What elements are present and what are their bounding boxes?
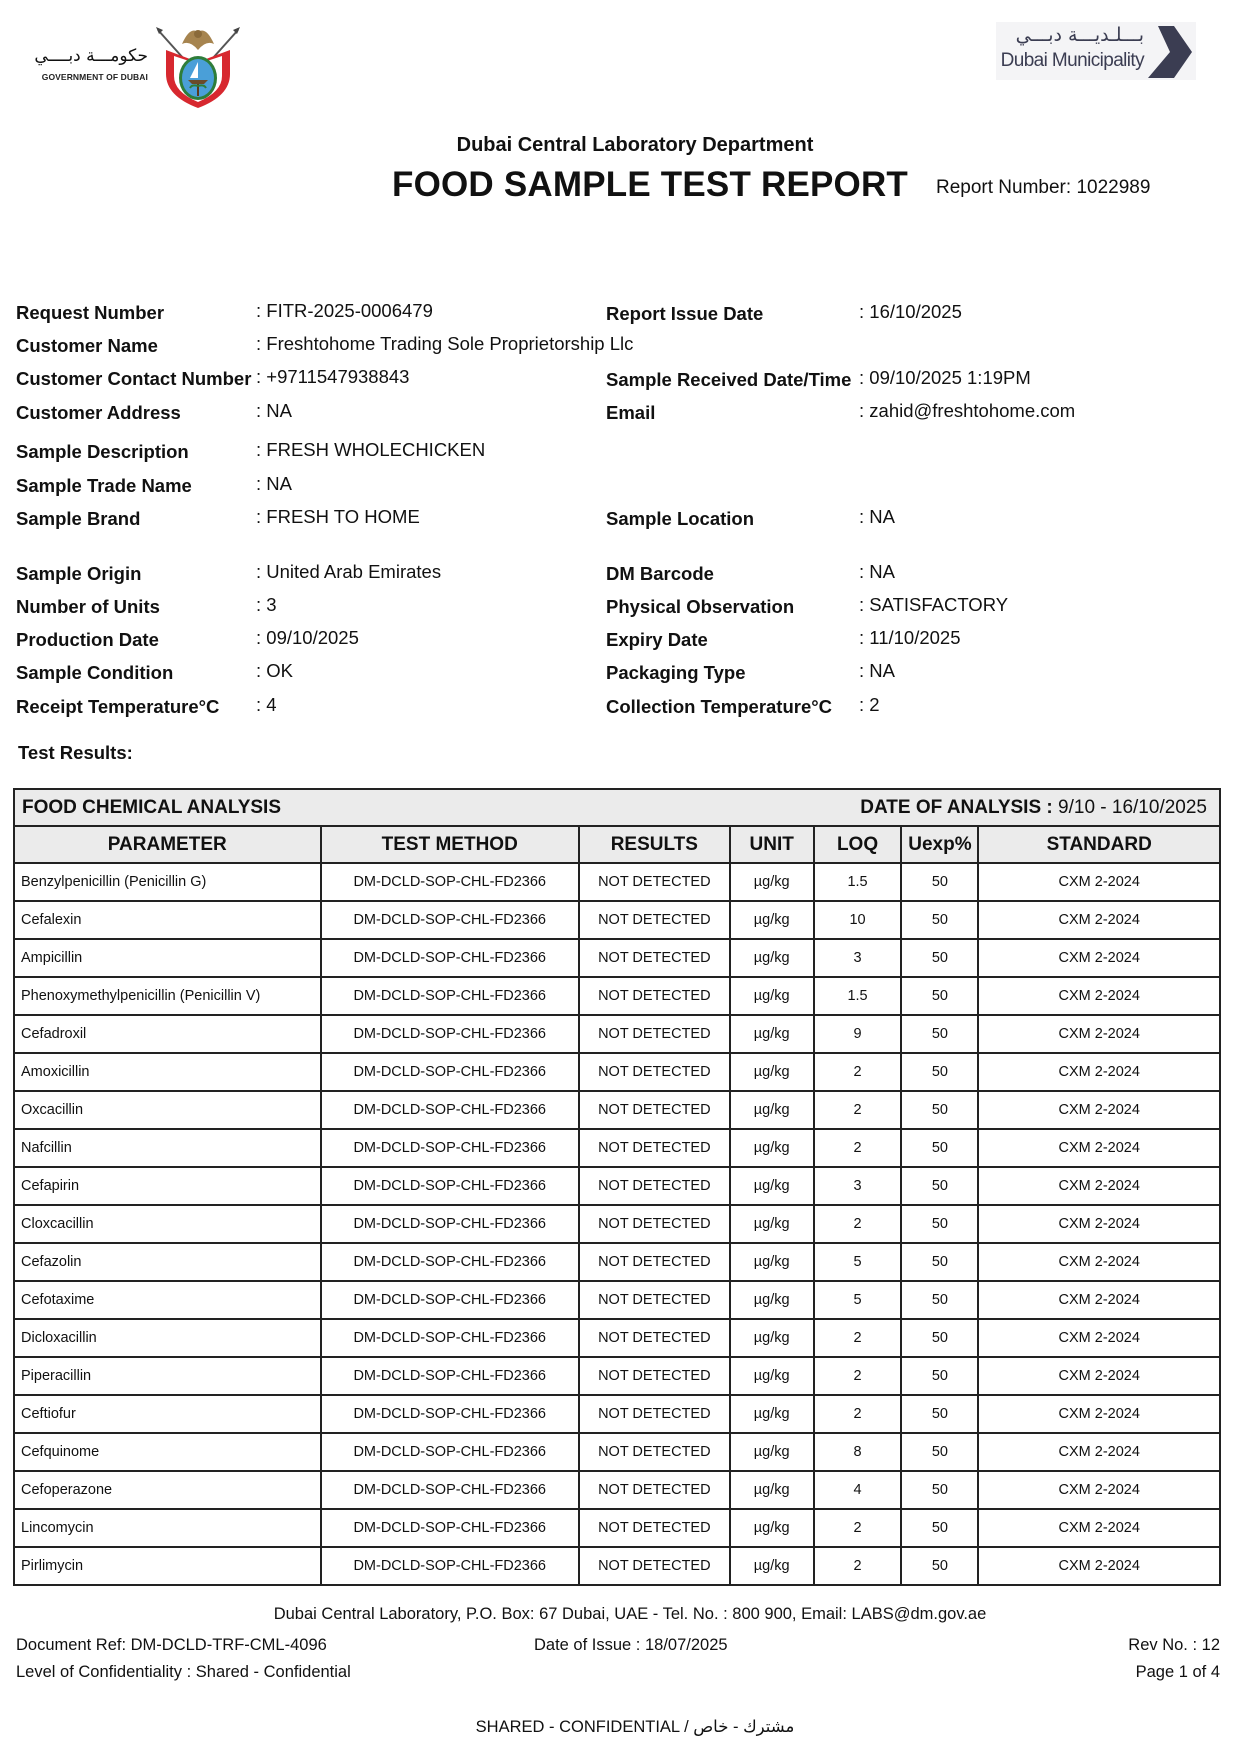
method-cell: DM-DCLD-SOP-CHL-FD2366 — [321, 1395, 579, 1433]
uexp-cell: 50 — [901, 1319, 978, 1357]
parameter-cell: Pirlimycin — [14, 1547, 321, 1585]
loq-cell: 5 — [814, 1243, 902, 1281]
unit-cell: µg/kg — [730, 1357, 814, 1395]
standard-cell: CXM 2-2024 — [978, 939, 1220, 977]
column-header: PARAMETER — [14, 826, 321, 863]
method-cell: DM-DCLD-SOP-CHL-FD2366 — [321, 1167, 579, 1205]
standard-cell: CXM 2-2024 — [978, 1433, 1220, 1471]
result-cell: NOT DETECTED — [579, 1205, 730, 1243]
field-label: Sample Brand — [16, 508, 140, 530]
uexp-cell: 50 — [901, 1167, 978, 1205]
table-row: CefquinomeDM-DCLD-SOP-CHL-FD2366NOT DETE… — [14, 1433, 1220, 1471]
field-label: Email — [606, 402, 655, 424]
field-value: : 16/10/2025 — [859, 301, 962, 323]
uexp-cell: 50 — [901, 1205, 978, 1243]
field-value: : United Arab Emirates — [256, 561, 441, 583]
method-cell: DM-DCLD-SOP-CHL-FD2366 — [321, 1433, 579, 1471]
field-value: : NA — [256, 473, 292, 495]
column-header: TEST METHOD — [321, 826, 579, 863]
method-cell: DM-DCLD-SOP-CHL-FD2366 — [321, 1243, 579, 1281]
field-label: Receipt Temperature°C — [16, 696, 219, 718]
standard-cell: CXM 2-2024 — [978, 1357, 1220, 1395]
unit-cell: µg/kg — [730, 1053, 814, 1091]
unit-cell: µg/kg — [730, 1433, 814, 1471]
unit-cell: µg/kg — [730, 977, 814, 1015]
standard-cell: CXM 2-2024 — [978, 977, 1220, 1015]
field-value: : NA — [859, 506, 895, 528]
parameter-cell: Cefotaxime — [14, 1281, 321, 1319]
field-label: Production Date — [16, 629, 159, 651]
field-label: Sample Origin — [16, 563, 141, 585]
result-cell: NOT DETECTED — [579, 901, 730, 939]
field-label: Expiry Date — [606, 629, 708, 651]
loq-cell: 2 — [814, 1319, 902, 1357]
parameter-cell: Amoxicillin — [14, 1053, 321, 1091]
result-cell: NOT DETECTED — [579, 1243, 730, 1281]
column-header-row: PARAMETERTEST METHODRESULTSUNITLOQUexp%S… — [14, 826, 1220, 863]
standard-cell: CXM 2-2024 — [978, 1281, 1220, 1319]
parameter-cell: Cefapirin — [14, 1167, 321, 1205]
method-cell: DM-DCLD-SOP-CHL-FD2366 — [321, 1091, 579, 1129]
unit-cell: µg/kg — [730, 1509, 814, 1547]
department-name: Dubai Central Laboratory Department — [0, 134, 1240, 157]
date-of-issue: Date of Issue : 18/07/2025 — [534, 1636, 728, 1655]
field-label: Sample Location — [606, 508, 754, 530]
parameter-cell: Cefadroxil — [14, 1015, 321, 1053]
result-cell: NOT DETECTED — [579, 863, 730, 901]
gov-logo-arabic: حكومـــة دبــــي — [30, 46, 148, 66]
field-value: : 4 — [256, 694, 277, 716]
loq-cell: 2 — [814, 1091, 902, 1129]
standard-cell: CXM 2-2024 — [978, 1547, 1220, 1585]
result-cell: NOT DETECTED — [579, 1015, 730, 1053]
result-cell: NOT DETECTED — [579, 1395, 730, 1433]
table-row: CefalexinDM-DCLD-SOP-CHL-FD2366NOT DETEC… — [14, 901, 1220, 939]
uexp-cell: 50 — [901, 1433, 978, 1471]
loq-cell: 2 — [814, 1053, 902, 1091]
uexp-cell: 50 — [901, 1015, 978, 1053]
result-cell: NOT DETECTED — [579, 1509, 730, 1547]
loq-cell: 2 — [814, 1129, 902, 1167]
uexp-cell: 50 — [901, 1395, 978, 1433]
loq-cell: 3 — [814, 1167, 902, 1205]
government-of-dubai-logo: حكومـــة دبــــي GOVERNMENT OF DUBAI — [30, 22, 240, 108]
parameter-cell: Phenoxymethylpenicillin (Penicillin V) — [14, 977, 321, 1015]
loq-cell: 10 — [814, 901, 902, 939]
method-cell: DM-DCLD-SOP-CHL-FD2366 — [321, 1053, 579, 1091]
parameter-cell: Cefazolin — [14, 1243, 321, 1281]
field-label: Customer Address — [16, 402, 181, 424]
column-header: UNIT — [730, 826, 814, 863]
result-cell: NOT DETECTED — [579, 1357, 730, 1395]
uexp-cell: 50 — [901, 1357, 978, 1395]
parameter-cell: Nafcillin — [14, 1129, 321, 1167]
table-row: AmpicillinDM-DCLD-SOP-CHL-FD2366NOT DETE… — [14, 939, 1220, 977]
loq-cell: 2 — [814, 1205, 902, 1243]
method-cell: DM-DCLD-SOP-CHL-FD2366 — [321, 939, 579, 977]
report-title: FOOD SAMPLE TEST REPORT — [392, 165, 908, 205]
field-value: : FRESH WHOLECHICKEN — [256, 439, 485, 461]
field-label: Report Issue Date — [606, 303, 763, 325]
loq-cell: 2 — [814, 1509, 902, 1547]
parameter-cell: Dicloxacillin — [14, 1319, 321, 1357]
loq-cell: 4 — [814, 1471, 902, 1509]
field-value: : 2 — [859, 694, 880, 716]
uexp-cell: 50 — [901, 901, 978, 939]
parameter-cell: Lincomycin — [14, 1509, 321, 1547]
date-of-analysis: DATE OF ANALYSIS : 9/10 - 16/10/2025 — [860, 797, 1207, 819]
method-cell: DM-DCLD-SOP-CHL-FD2366 — [321, 901, 579, 939]
table-row: CefotaximeDM-DCLD-SOP-CHL-FD2366NOT DETE… — [14, 1281, 1220, 1319]
table-row: Phenoxymethylpenicillin (Penicillin V)DM… — [14, 977, 1220, 1015]
column-header: STANDARD — [978, 826, 1220, 863]
field-label: Number of Units — [16, 596, 160, 618]
unit-cell: µg/kg — [730, 863, 814, 901]
uexp-cell: 50 — [901, 1129, 978, 1167]
standard-cell: CXM 2-2024 — [978, 1015, 1220, 1053]
table-row: NafcillinDM-DCLD-SOP-CHL-FD2366NOT DETEC… — [14, 1129, 1220, 1167]
unit-cell: µg/kg — [730, 1091, 814, 1129]
classification-label: SHARED - CONFIDENTIAL / مشترك - خاص — [0, 1717, 1240, 1737]
method-cell: DM-DCLD-SOP-CHL-FD2366 — [321, 1509, 579, 1547]
uexp-cell: 50 — [901, 1281, 978, 1319]
lab-address: Dubai Central Laboratory, P.O. Box: 67 D… — [0, 1605, 1240, 1624]
field-value: : 09/10/2025 — [256, 627, 359, 649]
unit-cell: µg/kg — [730, 1015, 814, 1053]
method-cell: DM-DCLD-SOP-CHL-FD2366 — [321, 1319, 579, 1357]
loq-cell: 3 — [814, 939, 902, 977]
table-row: CefadroxilDM-DCLD-SOP-CHL-FD2366NOT DETE… — [14, 1015, 1220, 1053]
uexp-cell: 50 — [901, 1091, 978, 1129]
field-value: : Freshtohome Trading Sole Proprietorshi… — [256, 333, 633, 355]
loq-cell: 2 — [814, 1547, 902, 1585]
method-cell: DM-DCLD-SOP-CHL-FD2366 — [321, 1129, 579, 1167]
parameter-cell: Oxcacillin — [14, 1091, 321, 1129]
dubai-municipality-logo: بـــلـديـــة دبـــي Dubai Municipality — [996, 22, 1196, 80]
table-row: OxcacillinDM-DCLD-SOP-CHL-FD2366NOT DETE… — [14, 1091, 1220, 1129]
result-cell: NOT DETECTED — [579, 1319, 730, 1357]
uexp-cell: 50 — [901, 1471, 978, 1509]
result-cell: NOT DETECTED — [579, 1053, 730, 1091]
result-cell: NOT DETECTED — [579, 1129, 730, 1167]
result-cell: NOT DETECTED — [579, 1547, 730, 1585]
unit-cell: µg/kg — [730, 1243, 814, 1281]
report-number-value: 1022989 — [1076, 177, 1150, 198]
unit-cell: µg/kg — [730, 1167, 814, 1205]
field-value: : 3 — [256, 594, 277, 616]
dm-logo-english: Dubai Municipality — [1001, 50, 1144, 72]
method-cell: DM-DCLD-SOP-CHL-FD2366 — [321, 1471, 579, 1509]
field-label: DM Barcode — [606, 563, 714, 585]
field-label: Sample Received Date/Time — [606, 369, 851, 391]
chevron-right-icon — [1148, 26, 1192, 78]
report-number-label: Report Number: — [936, 177, 1071, 198]
standard-cell: CXM 2-2024 — [978, 1091, 1220, 1129]
field-label: Sample Condition — [16, 662, 173, 684]
table-row: CefoperazoneDM-DCLD-SOP-CHL-FD2366NOT DE… — [14, 1471, 1220, 1509]
uexp-cell: 50 — [901, 1243, 978, 1281]
result-cell: NOT DETECTED — [579, 939, 730, 977]
standard-cell: CXM 2-2024 — [978, 1395, 1220, 1433]
loq-cell: 9 — [814, 1015, 902, 1053]
standard-cell: CXM 2-2024 — [978, 1471, 1220, 1509]
uexp-cell: 50 — [901, 863, 978, 901]
field-value: : zahid@freshtohome.com — [859, 400, 1075, 422]
date-of-analysis-label: DATE OF ANALYSIS : — [860, 797, 1052, 818]
gov-logo-english: GOVERNMENT OF DUBAI — [30, 72, 148, 82]
table-row: PiperacillinDM-DCLD-SOP-CHL-FD2366NOT DE… — [14, 1357, 1220, 1395]
table-row: PirlimycinDM-DCLD-SOP-CHL-FD2366NOT DETE… — [14, 1547, 1220, 1585]
parameter-cell: Cefalexin — [14, 901, 321, 939]
confidentiality-level: Level of Confidentiality : Shared - Conf… — [16, 1663, 351, 1682]
field-value: : SATISFACTORY — [859, 594, 1008, 616]
method-cell: DM-DCLD-SOP-CHL-FD2366 — [321, 1357, 579, 1395]
revision-number: Rev No. : 12 — [1128, 1636, 1220, 1655]
standard-cell: CXM 2-2024 — [978, 1509, 1220, 1547]
field-label: Physical Observation — [606, 596, 794, 618]
loq-cell: 8 — [814, 1433, 902, 1471]
unit-cell: µg/kg — [730, 1319, 814, 1357]
uexp-cell: 50 — [901, 1053, 978, 1091]
table-row: DicloxacillinDM-DCLD-SOP-CHL-FD2366NOT D… — [14, 1319, 1220, 1357]
standard-cell: CXM 2-2024 — [978, 1205, 1220, 1243]
standard-cell: CXM 2-2024 — [978, 1243, 1220, 1281]
field-label: Request Number — [16, 302, 164, 324]
page-number: Page 1 of 4 — [1136, 1663, 1220, 1682]
uexp-cell: 50 — [901, 1509, 978, 1547]
method-cell: DM-DCLD-SOP-CHL-FD2366 — [321, 1205, 579, 1243]
method-cell: DM-DCLD-SOP-CHL-FD2366 — [321, 863, 579, 901]
field-value: : NA — [256, 400, 292, 422]
parameter-cell: Piperacillin — [14, 1357, 321, 1395]
parameter-cell: Ceftiofur — [14, 1395, 321, 1433]
column-header: RESULTS — [579, 826, 730, 863]
unit-cell: µg/kg — [730, 1281, 814, 1319]
standard-cell: CXM 2-2024 — [978, 1167, 1220, 1205]
field-value: : FITR-2025-0006479 — [256, 300, 433, 322]
parameter-cell: Ampicillin — [14, 939, 321, 977]
table-row: AmoxicillinDM-DCLD-SOP-CHL-FD2366NOT DET… — [14, 1053, 1220, 1091]
table-row: CloxcacillinDM-DCLD-SOP-CHL-FD2366NOT DE… — [14, 1205, 1220, 1243]
table-row: LincomycinDM-DCLD-SOP-CHL-FD2366NOT DETE… — [14, 1509, 1220, 1547]
parameter-cell: Cloxcacillin — [14, 1205, 321, 1243]
section-bar: FOOD CHEMICAL ANALYSIS DATE OF ANALYSIS … — [14, 789, 1220, 826]
loq-cell: 1.5 — [814, 863, 902, 901]
parameter-cell: Cefoperazone — [14, 1471, 321, 1509]
dubai-crest-icon — [152, 22, 244, 108]
standard-cell: CXM 2-2024 — [978, 1129, 1220, 1167]
parameter-cell: Cefquinome — [14, 1433, 321, 1471]
table-row: CeftiofurDM-DCLD-SOP-CHL-FD2366NOT DETEC… — [14, 1395, 1220, 1433]
field-value: : FRESH TO HOME — [256, 506, 420, 528]
loq-cell: 1.5 — [814, 977, 902, 1015]
standard-cell: CXM 2-2024 — [978, 1319, 1220, 1357]
field-value: : NA — [859, 660, 895, 682]
field-label: Sample Description — [16, 441, 189, 463]
result-cell: NOT DETECTED — [579, 1433, 730, 1471]
field-value: : NA — [859, 561, 895, 583]
document-ref: Document Ref: DM-DCLD-TRF-CML-4096 — [16, 1636, 327, 1655]
field-label: Customer Name — [16, 335, 158, 357]
column-header: Uexp% — [901, 826, 978, 863]
test-results-label: Test Results: — [18, 742, 133, 764]
table-body: Benzylpenicillin (Penicillin G)DM-DCLD-S… — [14, 863, 1220, 1585]
result-cell: NOT DETECTED — [579, 977, 730, 1015]
uexp-cell: 50 — [901, 1547, 978, 1585]
method-cell: DM-DCLD-SOP-CHL-FD2366 — [321, 1281, 579, 1319]
field-value: : OK — [256, 660, 293, 682]
loq-cell: 5 — [814, 1281, 902, 1319]
unit-cell: µg/kg — [730, 939, 814, 977]
table-row: Benzylpenicillin (Penicillin G)DM-DCLD-S… — [14, 863, 1220, 901]
standard-cell: CXM 2-2024 — [978, 1053, 1220, 1091]
result-cell: NOT DETECTED — [579, 1091, 730, 1129]
uexp-cell: 50 — [901, 939, 978, 977]
date-of-analysis-value: 9/10 - 16/10/2025 — [1053, 797, 1207, 818]
field-label: Packaging Type — [606, 662, 745, 684]
method-cell: DM-DCLD-SOP-CHL-FD2366 — [321, 1015, 579, 1053]
method-cell: DM-DCLD-SOP-CHL-FD2366 — [321, 977, 579, 1015]
result-cell: NOT DETECTED — [579, 1471, 730, 1509]
result-cell: NOT DETECTED — [579, 1281, 730, 1319]
field-label: Sample Trade Name — [16, 475, 192, 497]
dm-logo-arabic: بـــلـديـــة دبـــي — [1016, 24, 1144, 46]
field-label: Customer Contact Number — [16, 368, 251, 390]
field-value: : +9711547938843 — [256, 366, 409, 388]
standard-cell: CXM 2-2024 — [978, 901, 1220, 939]
field-label: Collection Temperature°C — [606, 696, 832, 718]
parameter-cell: Benzylpenicillin (Penicillin G) — [14, 863, 321, 901]
uexp-cell: 50 — [901, 977, 978, 1015]
unit-cell: µg/kg — [730, 1547, 814, 1585]
standard-cell: CXM 2-2024 — [978, 863, 1220, 901]
unit-cell: µg/kg — [730, 1471, 814, 1509]
result-cell: NOT DETECTED — [579, 1167, 730, 1205]
unit-cell: µg/kg — [730, 1129, 814, 1167]
table-row: CefazolinDM-DCLD-SOP-CHL-FD2366NOT DETEC… — [14, 1243, 1220, 1281]
results-table: FOOD CHEMICAL ANALYSIS DATE OF ANALYSIS … — [13, 788, 1221, 1586]
method-cell: DM-DCLD-SOP-CHL-FD2366 — [321, 1547, 579, 1585]
report-number: Report Number: 1022989 — [936, 177, 1150, 199]
loq-cell: 2 — [814, 1357, 902, 1395]
section-title: FOOD CHEMICAL ANALYSIS — [22, 797, 281, 819]
field-value: : 11/10/2025 — [859, 627, 961, 649]
loq-cell: 2 — [814, 1395, 902, 1433]
unit-cell: µg/kg — [730, 1205, 814, 1243]
column-header: LOQ — [814, 826, 902, 863]
table-row: CefapirinDM-DCLD-SOP-CHL-FD2366NOT DETEC… — [14, 1167, 1220, 1205]
field-value: : 09/10/2025 1:19PM — [859, 367, 1031, 389]
unit-cell: µg/kg — [730, 901, 814, 939]
unit-cell: µg/kg — [730, 1395, 814, 1433]
